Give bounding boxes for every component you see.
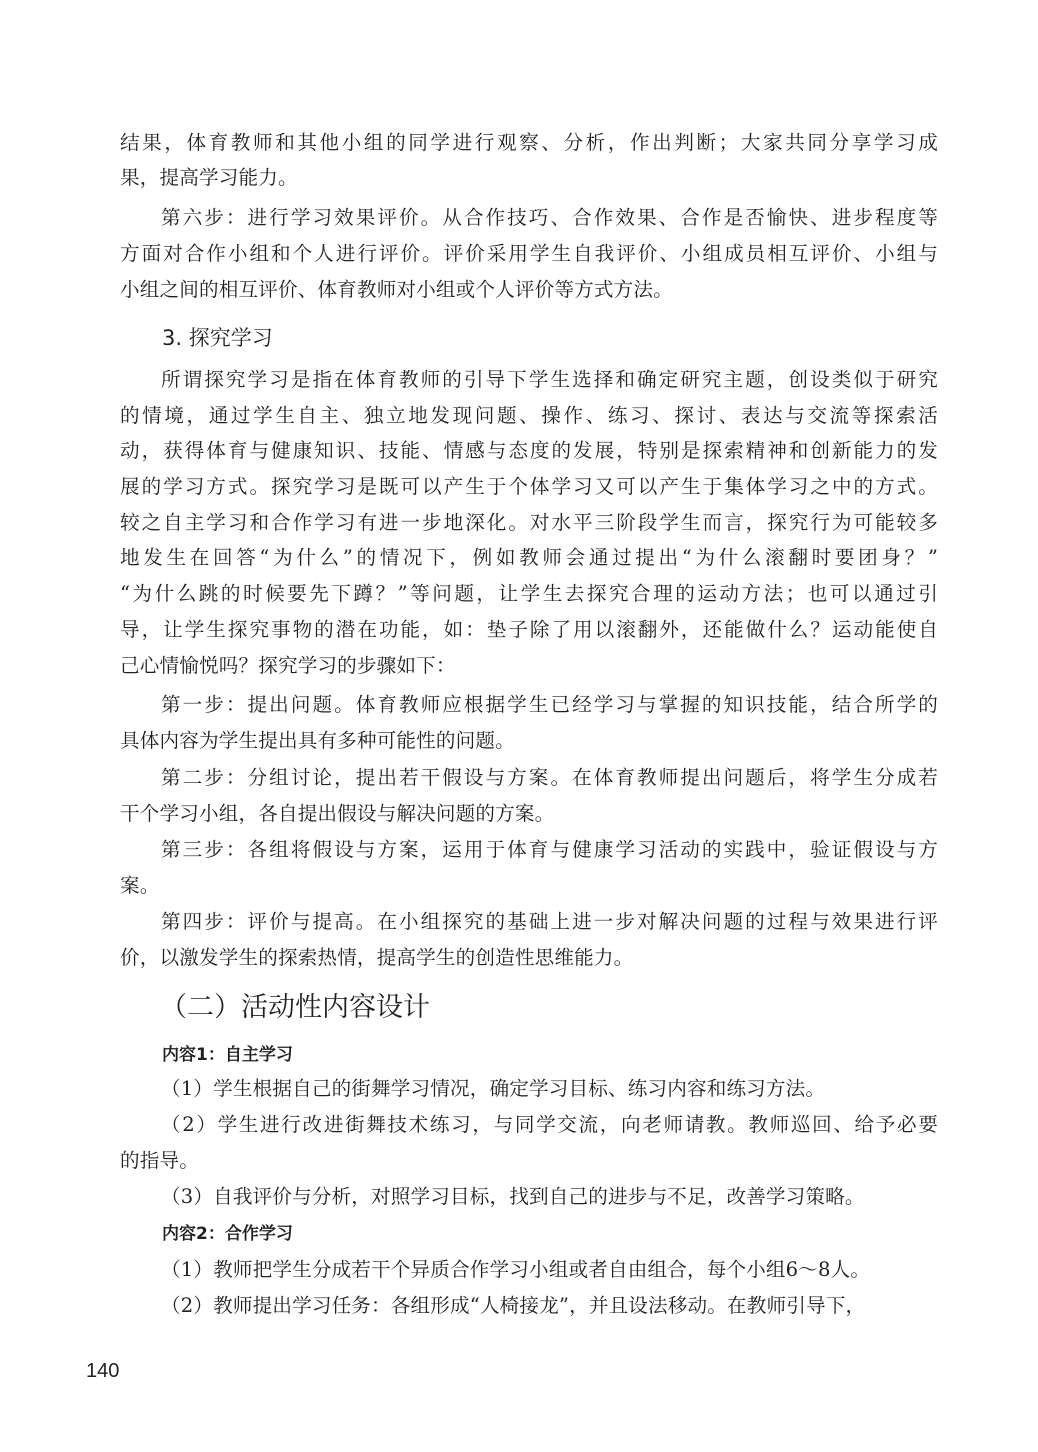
- step-text-line: 干个学习小组，各自提出假设与解决问题的方案。: [120, 799, 938, 829]
- step-text-line: 具体内容为学生提出具有多种可能性的问题。: [120, 726, 938, 756]
- content-title: 内容1：自主学习: [162, 1041, 293, 1069]
- body-text-line: 小组之间的相互评价、体育教师对小组或个人评价等方式方法。: [120, 275, 938, 305]
- page-number: 140: [86, 1358, 119, 1384]
- step-text-line: 第一步：提出问题。体育教师应根据学生已经学习与掌握的知识技能，结合所学的: [161, 690, 938, 720]
- step-text-line: 第三步：各组将假设与方案，运用于体育与健康学习活动的实践中，验证假设与方: [161, 835, 938, 865]
- body-text-line: 地发生在回答“为什么”的情况下，例如教师会通过提出“为什么滚翻时要团身？”: [120, 543, 938, 573]
- body-text-line: 结果，体育教师和其他小组的同学进行观察、分析，作出判断；大家共同分享学习成: [120, 128, 938, 158]
- body-text-line: 导，让学生探究事物的潜在功能，如：垫子除了用以滚翻外，还能做什么？运动能使自: [120, 615, 938, 645]
- body-text-line: 较之自主学习和合作学习有进一步地深化。对水平三阶段学生而言，探究行为可能较多: [120, 508, 938, 538]
- step-text-line: 第四步：评价与提高。在小组探究的基础上进一步对解决问题的过程与效果进行评: [161, 907, 938, 937]
- content-title: 内容2：合作学习: [162, 1220, 293, 1248]
- body-text-line: 展的学习方式。探究学习是既可以产生于个体学习又可以产生于集体学习之中的方式。: [120, 472, 938, 502]
- list-item: 的指导。: [120, 1146, 938, 1176]
- step-text-line: 案。: [120, 871, 938, 901]
- list-item: （3）自我评价与分析，对照学习目标，找到自己的进步与不足，改善学习策略。: [161, 1182, 938, 1212]
- body-text-line: 第六步：进行学习效果评价。从合作技巧、合作效果、合作是否愉快、进步程度等: [161, 203, 938, 233]
- body-text-line: 所谓探究学习是指在体育教师的引导下学生选择和确定研究主题，创设类似于研究: [161, 365, 938, 395]
- body-text-line: 的情境，通过学生自主、独立地发现问题、操作、练习、探讨、表达与交流等探索活: [120, 401, 938, 431]
- section-heading: 3. 探究学习: [162, 323, 273, 353]
- body-text-line: 方面对合作小组和个人进行评价。评价采用学生自我评价、小组成员相互评价、小组与: [120, 239, 938, 269]
- body-text-line: 果，提高学习能力。: [120, 163, 938, 193]
- chapter-subheading: （二）活动性内容设计: [160, 990, 430, 1026]
- list-item: （2）教师提出学习任务：各组形成“人椅接龙”，并且设法移动。在教师引导下，: [161, 1291, 938, 1321]
- body-text-line: 己心情愉悦吗？探究学习的步骤如下：: [120, 651, 938, 681]
- step-text-line: 价，以激发学生的探索热情，提高学生的创造性思维能力。: [120, 943, 938, 973]
- list-item: （1）学生根据自己的街舞学习情况，确定学习目标、练习内容和练习方法。: [161, 1074, 938, 1104]
- list-item: （1）教师把学生分成若干个异质合作学习小组或者自由组合，每个小组6～8人。: [161, 1255, 938, 1285]
- step-text-line: 第二步：分组讨论，提出若干假设与方案。在体育教师提出问题后，将学生分成若: [161, 763, 938, 793]
- body-text-line: 动，获得体育与健康知识、技能、情感与态度的发展，特别是探索精神和创新能力的发: [120, 436, 938, 466]
- list-item: （2）学生进行改进街舞技术练习，与同学交流，向老师请教。教师巡回、给予必要: [161, 1110, 938, 1140]
- body-text-line: “为什么跳的时候要先下蹲？”等问题，让学生去探究合理的运动方法；也可以通过引: [120, 579, 938, 609]
